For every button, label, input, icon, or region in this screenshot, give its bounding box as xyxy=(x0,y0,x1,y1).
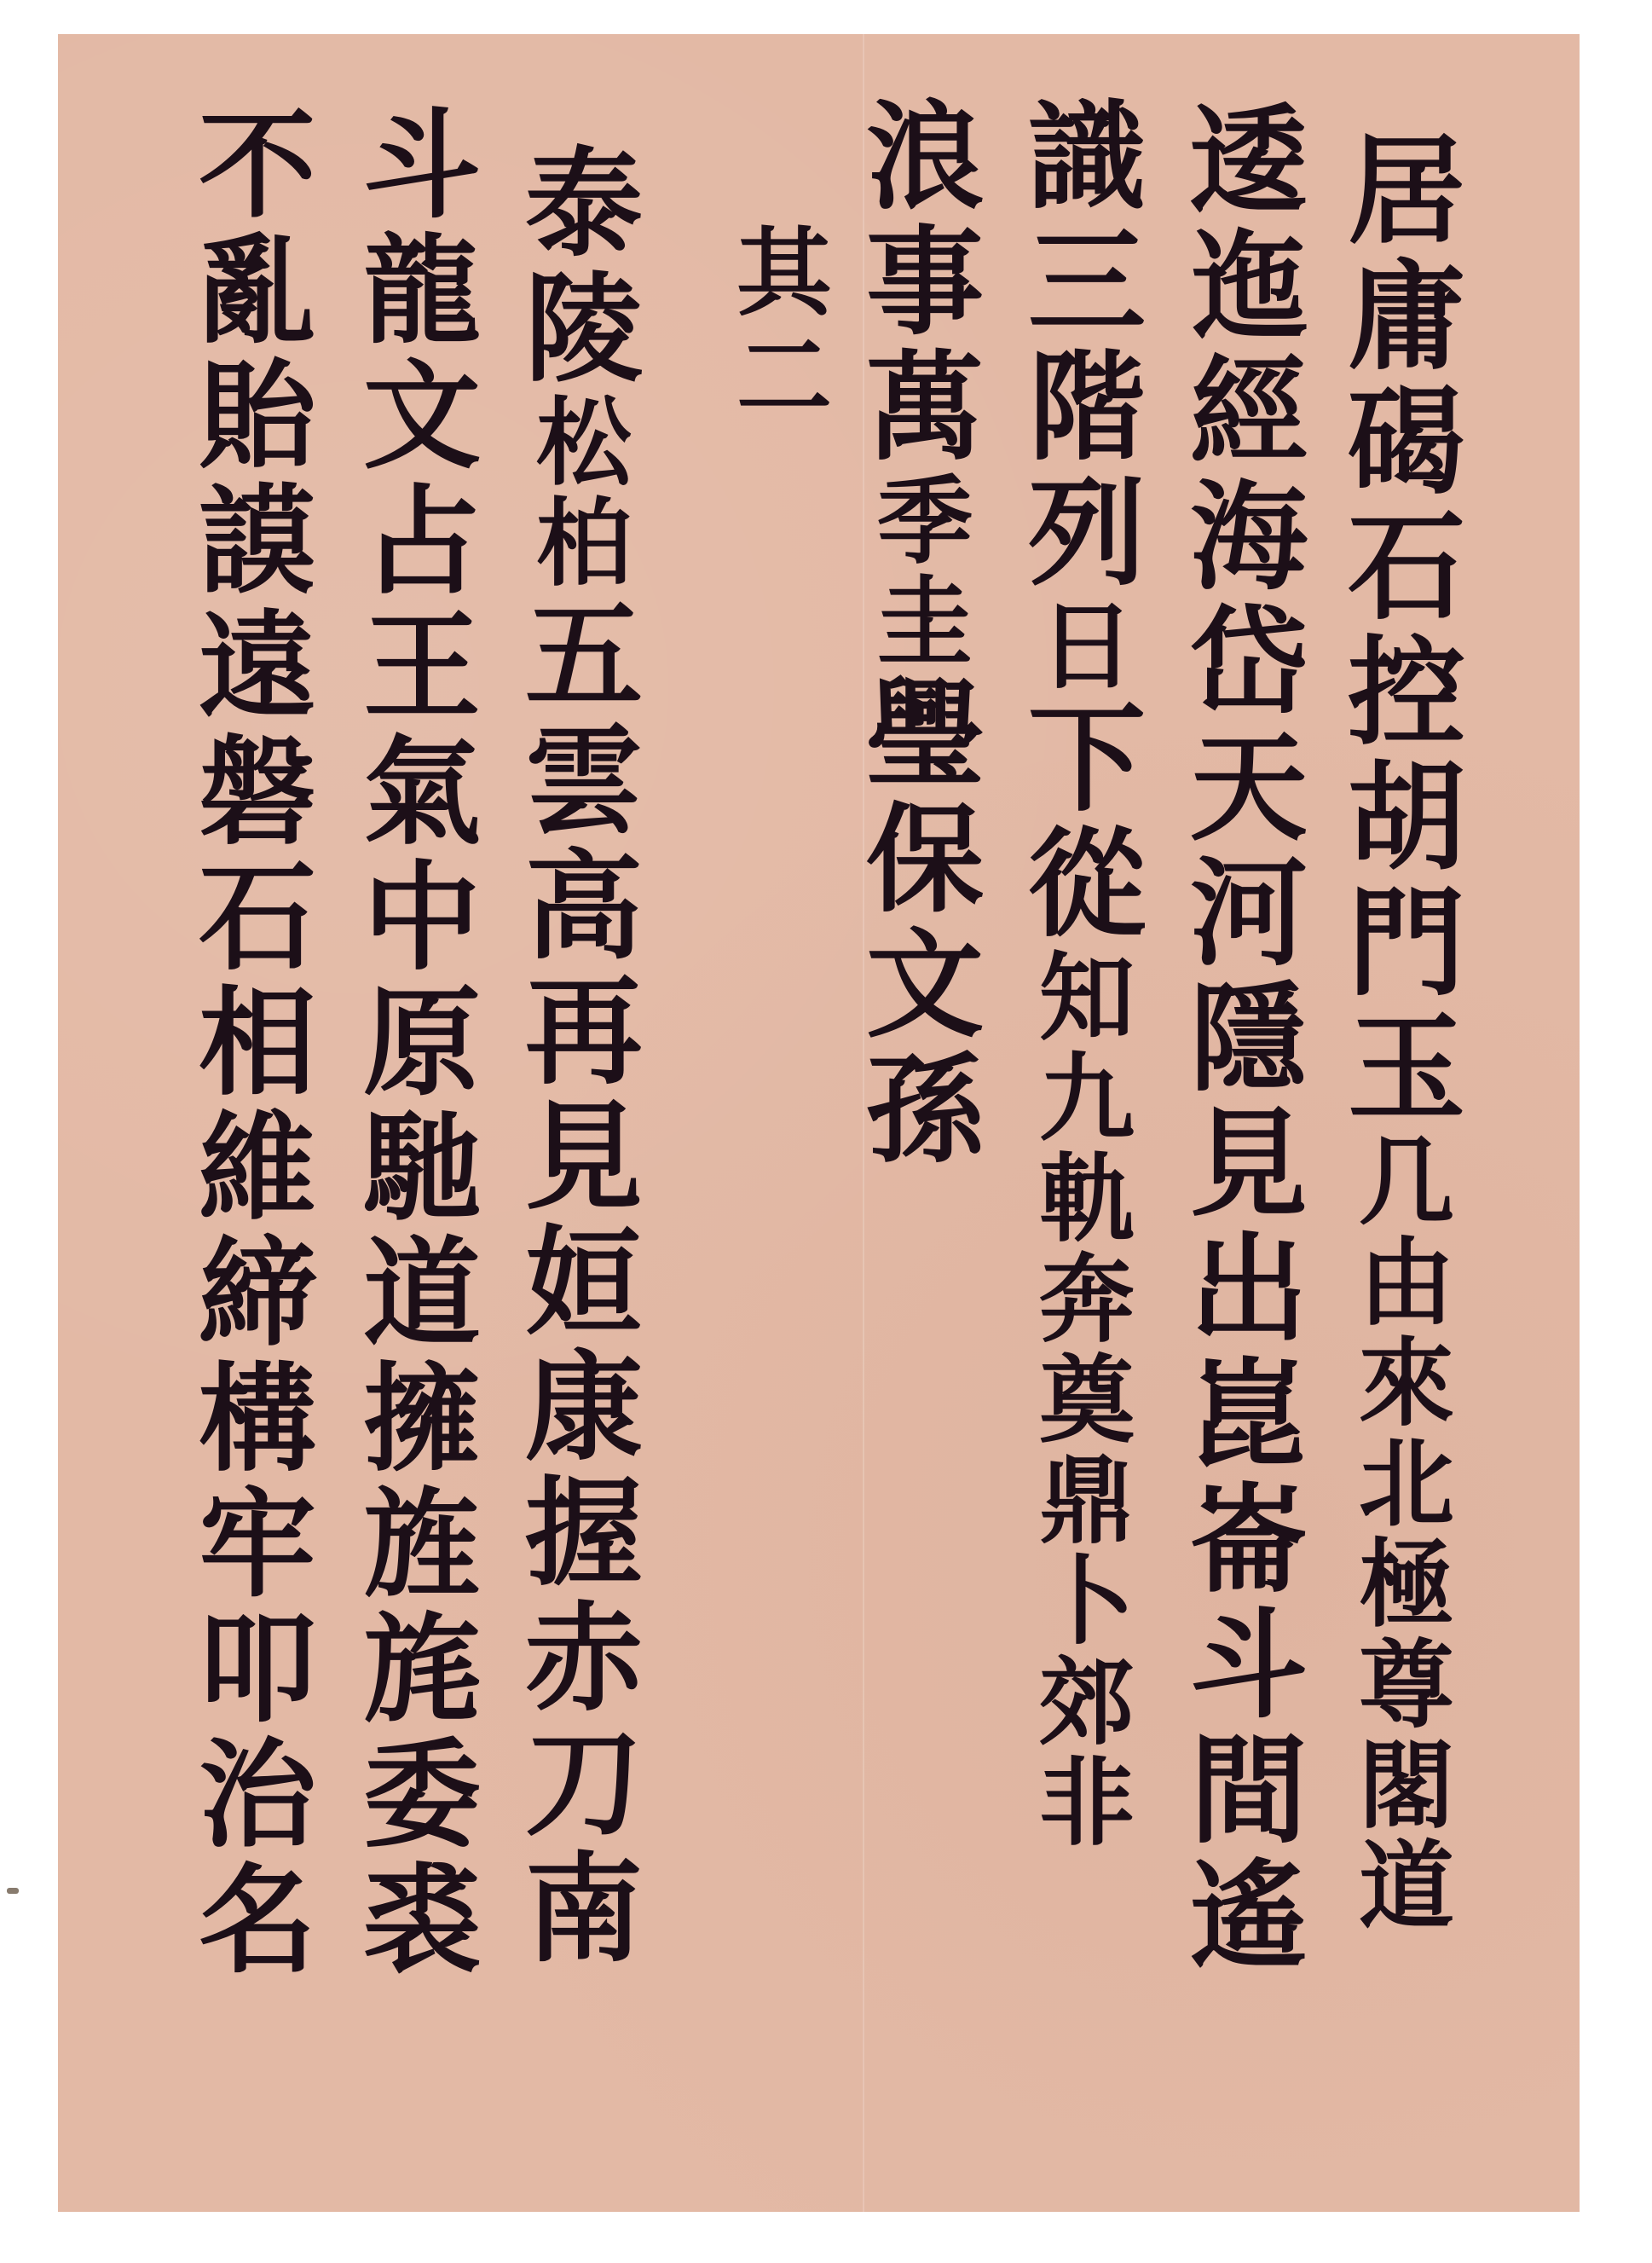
character: 遙 xyxy=(1181,1857,1317,1982)
character: 軌 xyxy=(1019,1152,1155,1253)
character: 握 xyxy=(516,1474,652,1600)
character: 磐 xyxy=(189,733,326,859)
character: 陵 xyxy=(516,270,652,396)
character: 隱 xyxy=(1181,980,1317,1105)
margin-speck xyxy=(7,1888,19,1894)
character: 碣 xyxy=(1338,383,1475,508)
character: 崙 xyxy=(1181,1481,1317,1606)
character: 玉 xyxy=(1338,1010,1475,1135)
character: 迤 xyxy=(1181,228,1317,353)
character: 圭 xyxy=(857,575,993,675)
character: 浪 xyxy=(857,98,993,223)
character: 維 xyxy=(189,1109,326,1235)
character: 極 xyxy=(1338,1537,1475,1638)
character: 遠 xyxy=(189,608,326,733)
character: 出 xyxy=(1181,1230,1317,1356)
character: 委 xyxy=(354,1736,490,1861)
column-7: 斗 龍 文 占 王 氣 中 原 馳 道 擁 旌 旄 委 裘 xyxy=(354,107,490,1987)
character: 相 xyxy=(189,984,326,1109)
column-3: 識 三 階 列 日 下 從 知 九 軌 奔 奠 鼎 卜 郊 非 xyxy=(1019,98,1155,1856)
character: 見 xyxy=(516,1098,652,1224)
character: 占 xyxy=(354,483,490,608)
character: 岱 xyxy=(1181,604,1317,729)
character: 姮 xyxy=(516,1224,652,1349)
character: 列 xyxy=(1019,474,1155,599)
character: 來 xyxy=(1338,1336,1475,1437)
character: 九 xyxy=(1019,1051,1155,1152)
character: 道 xyxy=(1338,1839,1475,1940)
poem-title-column: 其 二 xyxy=(716,226,852,434)
character: 五 xyxy=(516,597,652,722)
character: 石 xyxy=(189,859,326,984)
character: 石 xyxy=(1338,508,1475,634)
character: 構 xyxy=(189,1360,326,1485)
character: 河 xyxy=(1181,854,1317,980)
character: 高 xyxy=(516,848,652,973)
character: 下 xyxy=(1019,700,1155,825)
character: 道 xyxy=(354,1235,490,1360)
character: 擁 xyxy=(354,1360,490,1485)
character: 康 xyxy=(516,1349,652,1474)
character: 階 xyxy=(1019,349,1155,474)
character: 文 xyxy=(857,926,993,1051)
character: 控 xyxy=(1338,634,1475,759)
character: 從 xyxy=(1019,825,1155,951)
column-1: 居 庸 碣 石 控 胡 門 玉 几 由 來 北 極 尊 閣 道 xyxy=(1338,132,1475,1940)
character: 謨 xyxy=(189,483,326,608)
character: 斗 xyxy=(354,107,490,232)
character: 氣 xyxy=(354,733,490,859)
character: 見 xyxy=(1181,1105,1317,1230)
column-8: 不 亂 貽 謨 遠 磐 石 相 維 締 構 牢 叩 治 名 xyxy=(189,107,326,1987)
character: 奠 xyxy=(1019,1353,1155,1454)
character: 璺 xyxy=(857,675,993,801)
character: 卜 xyxy=(1019,1554,1155,1655)
character: 文 xyxy=(354,357,490,483)
character: 海 xyxy=(1181,478,1317,604)
character: 貽 xyxy=(189,357,326,483)
character: 中 xyxy=(354,859,490,984)
character: 牢 xyxy=(189,1485,326,1611)
character: 胡 xyxy=(1338,759,1475,884)
character: 王 xyxy=(354,608,490,733)
character: 三 xyxy=(1019,223,1155,349)
character: 叩 xyxy=(189,1611,326,1736)
character: 治 xyxy=(189,1736,326,1861)
character: 松 xyxy=(516,396,652,496)
character: 几 xyxy=(1338,1135,1475,1236)
character: 南 xyxy=(516,1850,652,1976)
character: 保 xyxy=(857,801,993,926)
character: 崑 xyxy=(1181,1356,1317,1481)
character: 不 xyxy=(189,107,326,232)
character: 旄 xyxy=(354,1611,490,1736)
character: 名 xyxy=(189,1861,326,1987)
character: 知 xyxy=(1019,951,1155,1051)
character: 締 xyxy=(189,1235,326,1360)
character: 北 xyxy=(1338,1437,1475,1537)
character: 刀 xyxy=(516,1725,652,1850)
character: 亂 xyxy=(189,232,326,357)
character: 龍 xyxy=(354,232,490,357)
character: 閣 xyxy=(1338,1739,1475,1839)
character: 門 xyxy=(1338,884,1475,1010)
character: 事 xyxy=(857,223,993,349)
character: 斗 xyxy=(1181,1606,1317,1732)
character: 旌 xyxy=(354,1485,490,1611)
poem-title-char: 其 xyxy=(716,226,852,330)
character: 居 xyxy=(1338,132,1475,258)
character: 由 xyxy=(1338,1236,1475,1336)
character: 雲 xyxy=(516,722,652,848)
character: 尊 xyxy=(1338,1638,1475,1739)
character: 奔 xyxy=(1019,1253,1155,1353)
character: 季 xyxy=(857,474,993,575)
character: 再 xyxy=(516,973,652,1098)
character: 間 xyxy=(1181,1732,1317,1857)
column-6: 泰 陵 松 柏 五 雲 高 再 見 姮 康 握 赤 刀 南 xyxy=(516,145,652,1976)
character: 裘 xyxy=(354,1861,490,1987)
character: 泰 xyxy=(516,145,652,270)
column-2: 逶 迤 經 海 岱 天 河 隱 見 出 崑 崙 斗 間 遙 xyxy=(1181,102,1317,1982)
character: 原 xyxy=(354,984,490,1109)
character: 天 xyxy=(1181,729,1317,854)
character: 經 xyxy=(1181,353,1317,478)
character: 孫 xyxy=(857,1051,993,1177)
character: 逶 xyxy=(1181,102,1317,228)
character: 鼎 xyxy=(1019,1454,1155,1554)
character: 非 xyxy=(1019,1756,1155,1856)
character: 柏 xyxy=(516,496,652,597)
character: 赤 xyxy=(516,1600,652,1725)
character: 庸 xyxy=(1338,258,1475,383)
character: 萬 xyxy=(857,349,993,474)
column-4: 浪 事 萬 季 圭 璺 保 文 孫 xyxy=(857,98,993,1177)
character: 日 xyxy=(1019,599,1155,700)
character: 郊 xyxy=(1019,1655,1155,1756)
character: 馳 xyxy=(354,1109,490,1235)
poem-title-char: 二 xyxy=(716,330,852,434)
character: 識 xyxy=(1019,98,1155,223)
